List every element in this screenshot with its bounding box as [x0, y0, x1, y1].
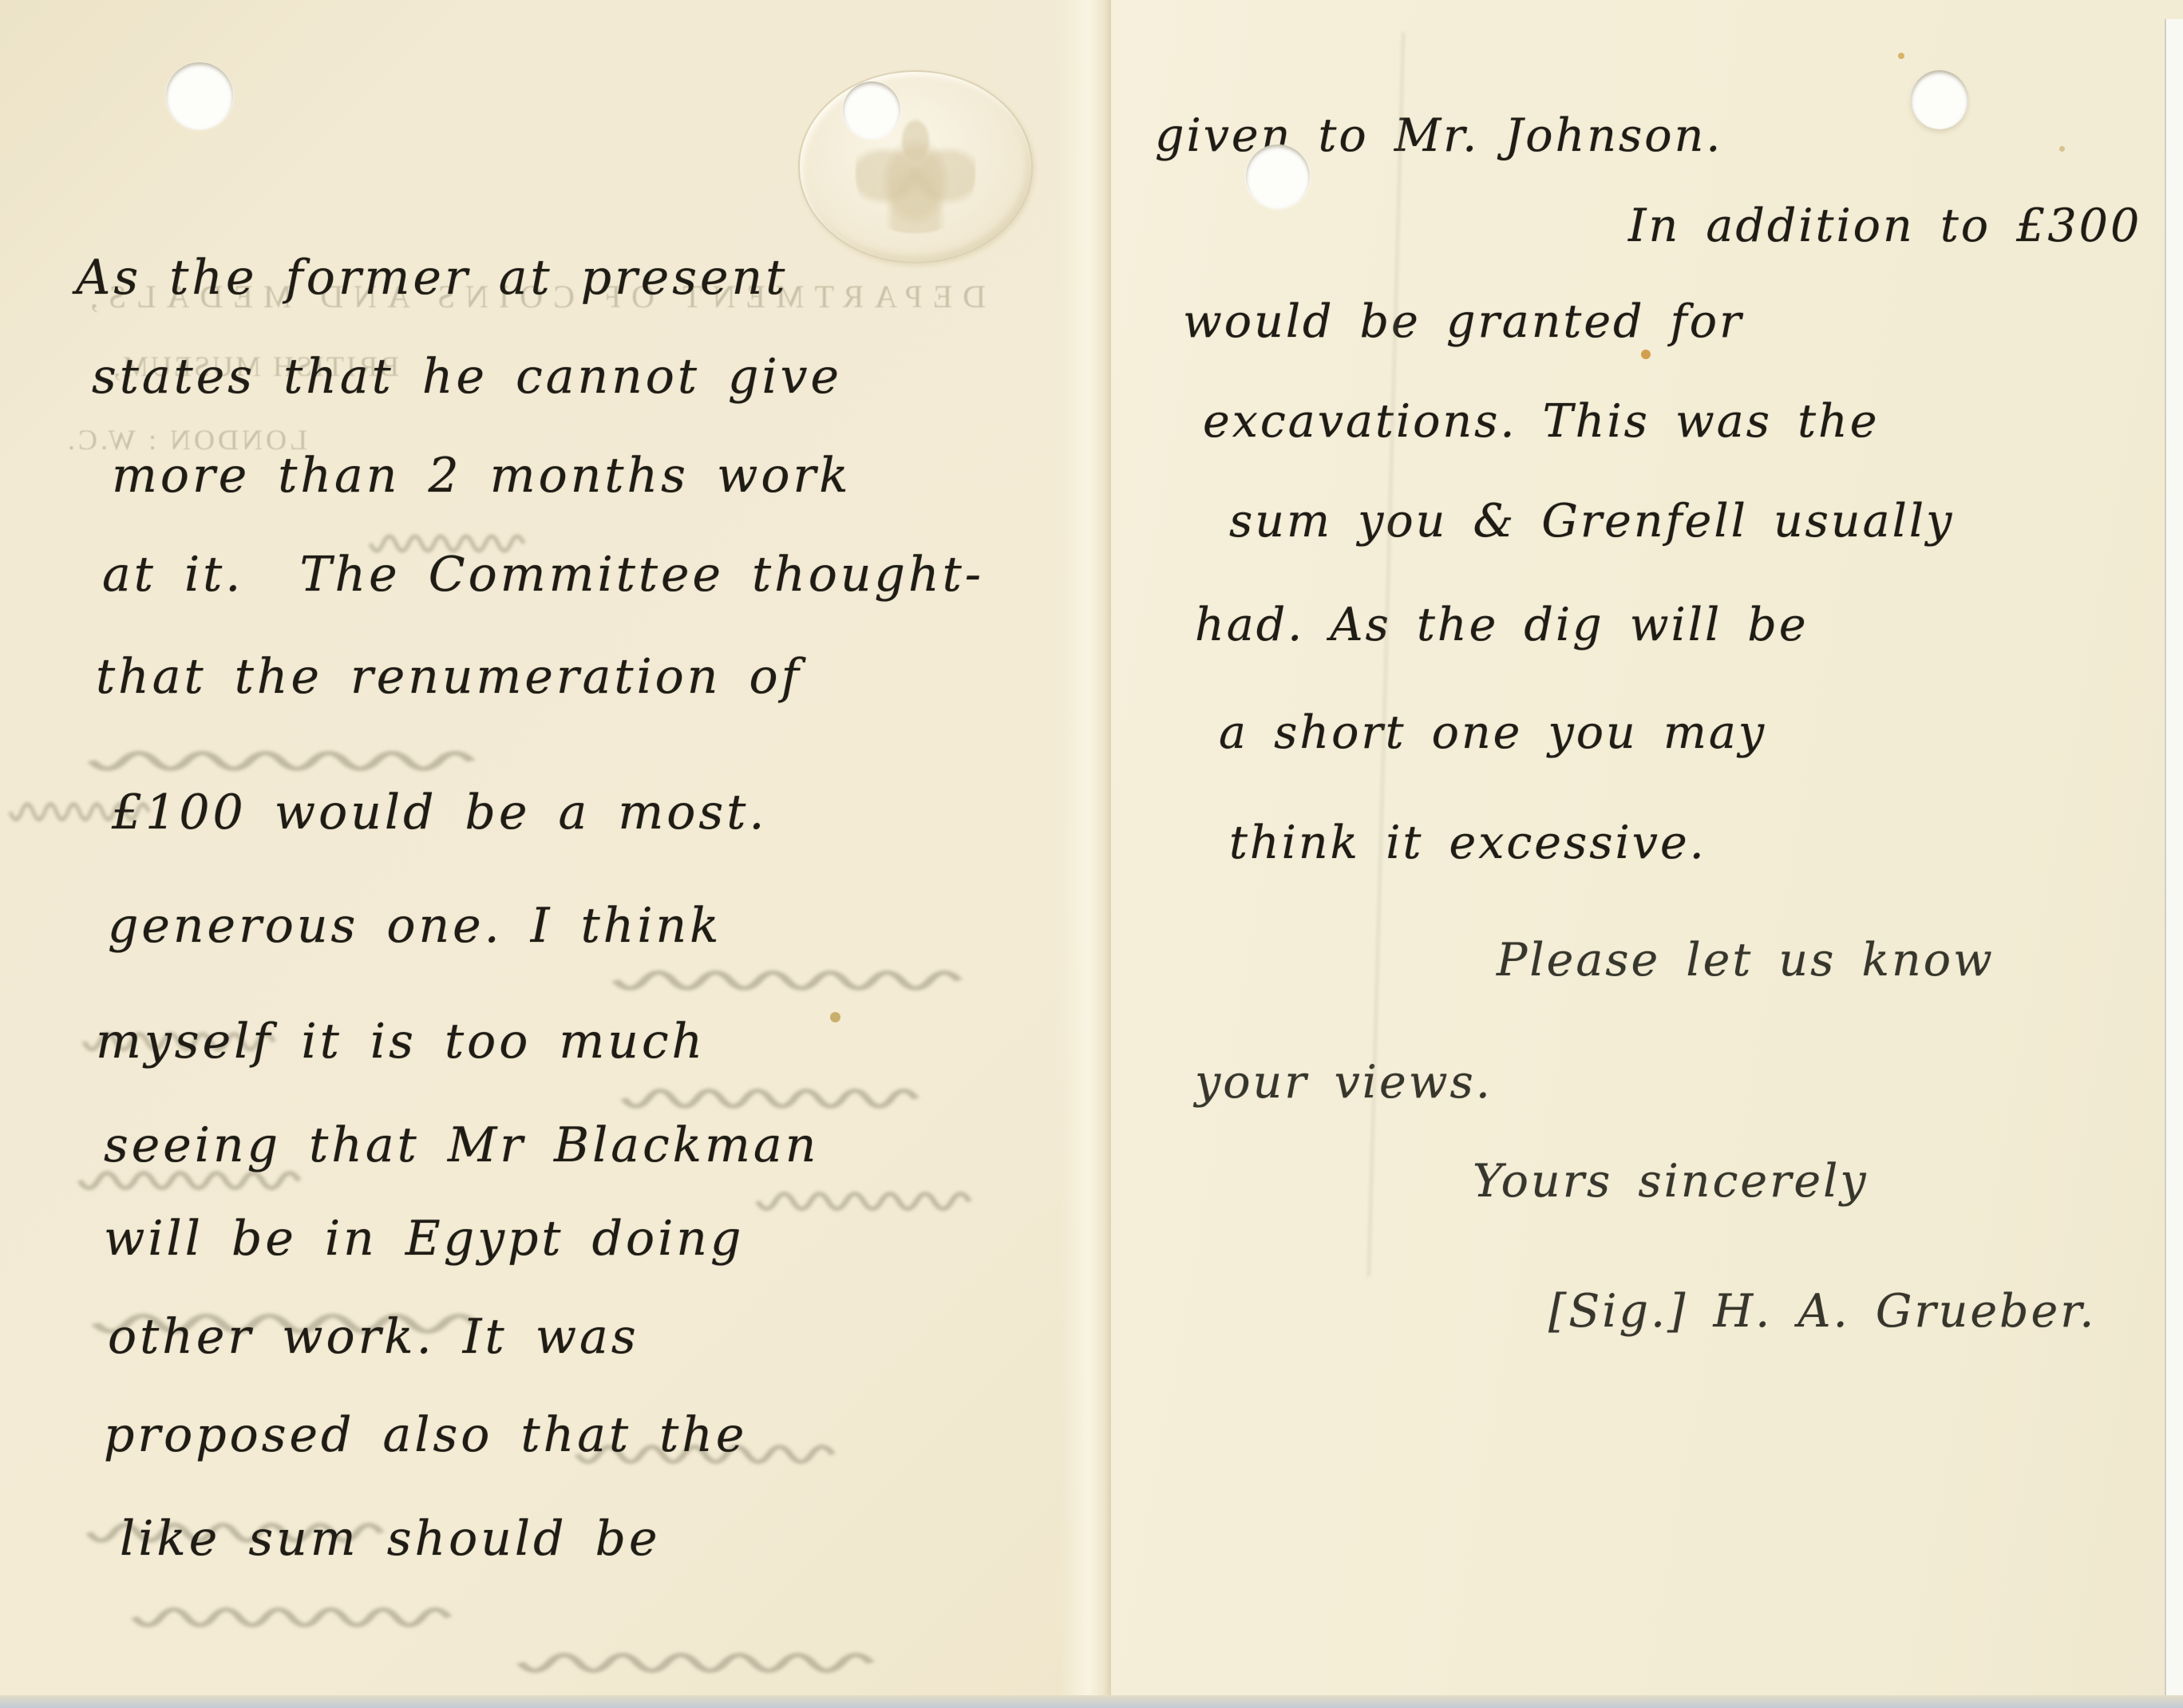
punch-hole — [843, 81, 900, 139]
handwriting-bleedthrough — [591, 958, 966, 996]
handwritten-line: Yours sincerely — [1473, 1159, 1869, 1204]
handwritten-line: states that he cannot give — [92, 353, 842, 401]
embossed-seal-icon — [798, 70, 1033, 263]
handwritten-line: other work. It was — [108, 1313, 639, 1361]
letter-scan: DEPARTMENT OF COINS AND MEDALS, BRITISH … — [0, 0, 2183, 1708]
paper-speck — [1898, 53, 1904, 59]
handwritten-line: will be in Egypt doing — [104, 1215, 744, 1263]
paper-speck — [830, 1012, 840, 1022]
handwritten-line: given to Mr. Johnson. — [1155, 113, 1722, 159]
handwritten-line: that the renumeration of — [96, 653, 802, 701]
handwritten-line: generous one. I think — [108, 902, 722, 950]
handwritten-line: a short one you may — [1219, 710, 1766, 756]
handwriting-bleedthrough — [112, 1595, 455, 1633]
handwriting-bleedthrough — [495, 1640, 878, 1678]
handwritten-line: proposed also that the — [104, 1411, 747, 1459]
handwritten-line: In addition to £300 — [1628, 204, 2141, 249]
handwritten-line: more than 2 months work — [112, 452, 852, 500]
punch-hole — [166, 62, 233, 129]
paper-speck — [2059, 146, 2065, 152]
signature-line: [Sig.] H. A. Grueber. — [1548, 1289, 2096, 1334]
handwritten-line: like sum should be — [120, 1515, 661, 1563]
left-page: DEPARTMENT OF COINS AND MEDALS, BRITISH … — [0, 0, 1111, 1708]
handwritten-line: excavations. This was the — [1203, 399, 1879, 445]
handwritten-line: had. As the dig will be — [1195, 603, 1809, 648]
handwriting-bleedthrough — [603, 1076, 922, 1114]
paper-speck — [1641, 350, 1651, 359]
handwriting-bleedthrough — [742, 1180, 974, 1216]
handwritten-line: your views. — [1195, 1060, 1493, 1105]
handwritten-line: at it. The Committee thought- — [102, 551, 984, 599]
punch-hole — [1911, 70, 1968, 129]
handwritten-line: would be granted for — [1183, 299, 1743, 345]
punch-hole — [1246, 144, 1310, 208]
handwritten-line: As the former at present — [76, 254, 788, 302]
right-page: given to Mr. Johnson. In addition to £30… — [1111, 0, 2183, 1708]
scan-right-edge — [2165, 19, 2183, 1708]
handwritten-line: think it excessive. — [1229, 820, 1706, 866]
handwritten-line: Please let us know — [1497, 938, 1995, 983]
handwritten-line: myself it is too much — [96, 1018, 706, 1066]
handwriting-bleedthrough — [64, 738, 479, 777]
handwritten-line: £100 would be a most. — [112, 789, 767, 836]
scan-bottom-edge — [0, 1695, 2183, 1708]
handwritten-line: seeing that Mr Blackman — [104, 1121, 819, 1169]
handwritten-line: sum you & Grenfell usually — [1229, 499, 1954, 544]
